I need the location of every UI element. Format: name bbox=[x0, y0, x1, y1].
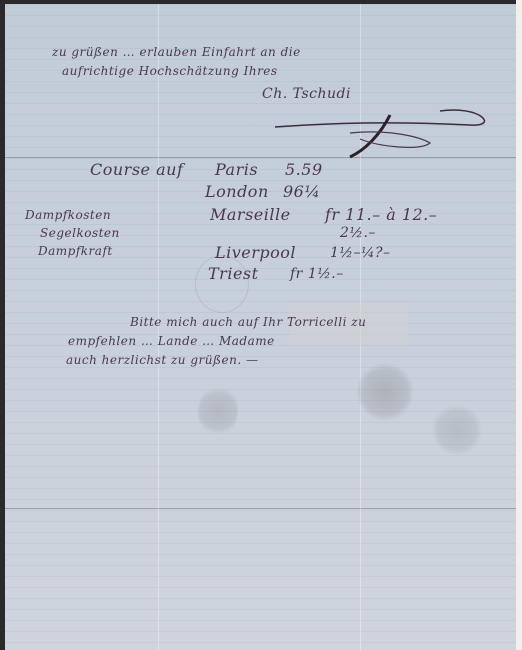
paper-edge bbox=[516, 0, 522, 650]
rate-place: Marseille bbox=[210, 205, 291, 224]
rate-value: 5.59 bbox=[285, 160, 323, 179]
rate-value: 96¼ bbox=[283, 182, 320, 201]
rate-label: Dampfkraft bbox=[38, 244, 113, 258]
postscript-line-2: empfehlen … Lande … Madame bbox=[68, 334, 275, 348]
rate-label: Dampfkosten bbox=[25, 208, 111, 222]
rates-heading: Course auf bbox=[90, 160, 183, 179]
rate-value: fr 11.– à 12.– bbox=[325, 205, 437, 224]
postscript-line-1: Bitte mich auch auf Ihr Torricelli zu bbox=[130, 315, 366, 329]
closing-line-2: aufrichtige Hochschätzung Ihres bbox=[62, 64, 278, 78]
rate-place: Triest bbox=[208, 264, 259, 283]
rate-place: Liverpool bbox=[215, 243, 296, 262]
rate-place: Paris bbox=[215, 160, 258, 179]
rate-place: London bbox=[205, 182, 269, 201]
postscript-line-3: auch herzlichst zu grüßen. — bbox=[66, 353, 258, 367]
postmark-stamp bbox=[432, 405, 482, 455]
rate-value: 1½–¼?– bbox=[330, 245, 391, 261]
rate-value: 2½.– bbox=[340, 225, 376, 241]
postmark-stamp bbox=[198, 385, 238, 437]
fold-line bbox=[5, 508, 516, 509]
signature-flourish bbox=[270, 95, 490, 165]
rate-label: Segelkosten bbox=[40, 226, 120, 240]
postmark-stamp bbox=[357, 362, 413, 422]
rate-value: fr 1½.– bbox=[290, 266, 344, 282]
closing-line-1: zu grüßen … erlauben Einfahrt an die bbox=[52, 45, 301, 59]
